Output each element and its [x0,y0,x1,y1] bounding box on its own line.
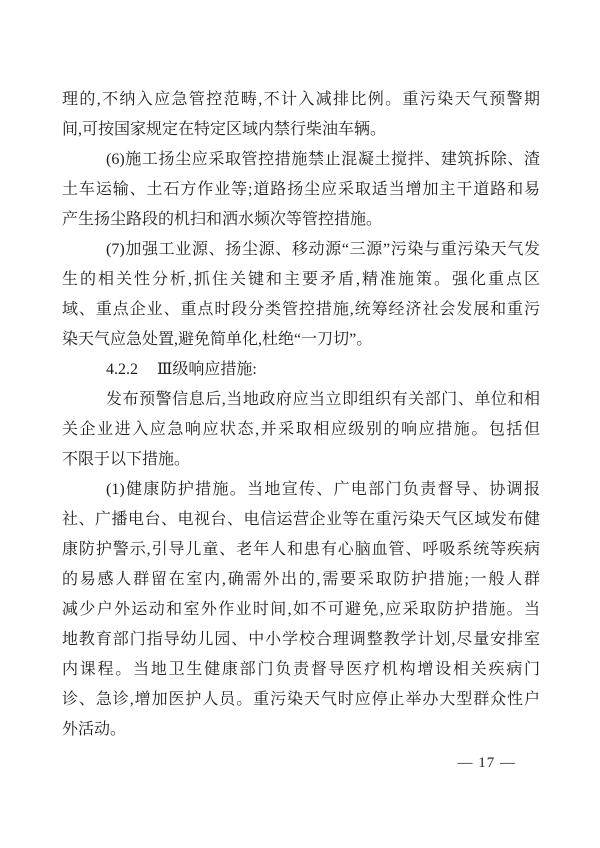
text-line: (6)施工扬尘应采取管控措施禁止混凝土搅拌、建筑拆除、渣 [62,145,540,175]
page-number: — 17 — [458,752,517,774]
text-line: 发布预警信息后,当地政府应当立即组织有关部门、单位和相 [62,385,540,415]
paragraph-item-7: (7)加强工业源、扬尘源、移动源“三源”污染与重污染天气发 生的相关性分析,抓住… [62,235,540,355]
text-line: 域、重点企业、重点时段分类管控措施,统筹经济社会发展和重污 [62,295,540,325]
text-line: (1)健康防护措施。当地宣传、广电部门负责督导、协调报 [62,475,540,505]
paragraph-continuation: 理的,不纳入应急管控范畴,不计入减排比例。重污染天气预警期 间,可按国家规定在特… [62,85,540,145]
text-line: 内课程。当地卫生健康部门负责督导医疗机构增设相关疾病门 [62,655,540,685]
text-line: 康防护警示,引导儿童、老年人和患有心脑血管、呼吸系统等疾病 [62,535,540,565]
text-line: 的易感人群留在室内,确需外出的,需要采取防护措施;一般人群 [62,565,540,595]
text-line: 产生扬尘路段的机扫和洒水频次等管控措施。 [62,205,540,235]
text-line: 减少户外运动和室外作业时间,如不可避免,应采取防护措施。当 [62,595,540,625]
text-line: (7)加强工业源、扬尘源、移动源“三源”污染与重污染天气发 [62,235,540,265]
text-line: 社、广播电台、电视台、电信运营企业等在重污染天气区域发布健 [62,505,540,535]
text-line: 理的,不纳入应急管控范畴,不计入减排比例。重污染天气预警期 [62,85,540,115]
section-number: 4.2.2 [106,361,138,378]
paragraph-item-6: (6)施工扬尘应采取管控措施禁止混凝土搅拌、建筑拆除、渣 土车运输、土石方作业等… [62,145,540,235]
text-line: 染天气应急处置,避免简单化,杜绝“一刀切”。 [62,325,540,355]
paragraph-item-1: (1)健康防护措施。当地宣传、广电部门负责督导、协调报 社、广播电台、电视台、电… [62,475,540,745]
text-line: 地教育部门指导幼儿园、中小学校合理调整教学计划,尽量安排室 [62,625,540,655]
paragraph-intro: 发布预警信息后,当地政府应当立即组织有关部门、单位和相 关企业进入应急响应状态,… [62,385,540,475]
document-body: 理的,不纳入应急管控范畴,不计入减排比例。重污染天气预警期 间,可按国家规定在特… [62,85,540,745]
document-page: 理的,不纳入应急管控范畴,不计入减排比例。重污染天气预警期 间,可按国家规定在特… [0,0,600,848]
text-line: 土车运输、土石方作业等;道路扬尘应采取适当增加主干道路和易 [62,175,540,205]
section-heading: 4.2.2 Ⅲ级响应措施: [62,355,540,385]
section-title: Ⅲ级响应措施: [157,361,257,378]
text-line: 诊、急诊,增加医护人员。重污染天气时应停止举办大型群众性户 [62,685,540,715]
text-line: 关企业进入应急响应状态,并采取相应级别的响应措施。包括但 [62,415,540,445]
text-line: 间,可按国家规定在特定区域内禁行柴油车辆。 [62,115,540,145]
text-line: 生的相关性分析,抓住关键和主要矛盾,精准施策。强化重点区 [62,265,540,295]
text-line: 外活动。 [62,715,540,745]
text-line: 不限于以下措施。 [62,445,540,475]
